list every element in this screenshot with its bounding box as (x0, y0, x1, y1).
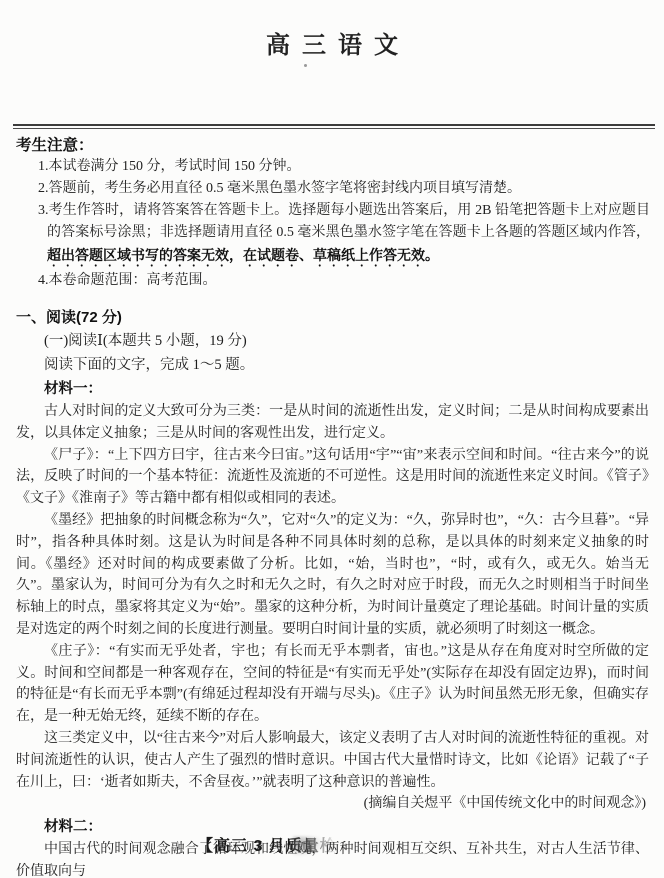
exam-paper-page: 高三语文 考生注意： 1.本试卷满分 150 分，考试时间 150 分钟。 2.… (0, 0, 664, 878)
notice-heading: 考生注意： (16, 136, 650, 156)
notice-section: 考生注意： 1.本试卷满分 150 分，考试时间 150 分钟。 2.答题前，考… (16, 136, 650, 292)
material-2-label: 材料二： (44, 815, 650, 839)
notice-item-3-emphasized-text: 超出答题区域书写的答案无效，在试题卷、草稿纸上作答无效。 (47, 247, 439, 263)
notice-item-3-text: 3.考生作答时，请将答案答在答题卡上。选择题每小题选出答案后，用 2B 铅笔把答… (38, 203, 650, 240)
notice-item-2: 2.答题前，考生务必用直径 0.5 毫米黑色墨水签字笔将密封线内项目填写清楚。 (16, 178, 650, 200)
header-divider (13, 124, 655, 129)
notice-item-3: 3.考生作答时，请将答案答在答题卡上。选择题每小题选出答案后，用 2B 铅笔把答… (16, 200, 650, 270)
scan-speck (304, 64, 307, 67)
section-heading-reading: 一、阅读(72 分) (16, 307, 650, 329)
part-heading-reading-1: (一)阅读Ⅰ(本题共 5 小题，19 分) (44, 329, 650, 353)
material-1-paragraph: 《尸子》：“上下四方曰宇，往古来今曰宙。”这句话用“宇”“宙”来表示空间和时间。… (16, 445, 649, 510)
notice-item-4: 4.本卷命题范围：高考范围。 (16, 270, 650, 292)
scan-smudge (293, 836, 323, 856)
page-title: 高三语文 (0, 0, 664, 60)
reading-instruction: 阅读下面的文字，完成 1～5 题。 (44, 353, 650, 377)
material-1-paragraph: 这三类定义中，以“往古来今”对后人影响最大，该定义表明了古人对时间的流逝性特征的… (16, 728, 649, 793)
notice-item-1: 1.本试卷满分 150 分，考试时间 150 分钟。 (16, 156, 650, 178)
material-1-paragraph: 古人对时间的定义大致可分为三类：一是从时间的流逝性出发，定义时间；二是从时间构成… (16, 401, 649, 445)
material-1-paragraph: 《墨经》把抽象的时间概念称为“久”，它对“久”的定义为：“久，弥异时也”，“久：… (16, 510, 649, 641)
material-1-label: 材料一： (44, 377, 650, 401)
material-1-paragraph: 《庄子》：“有实而无乎处者，宇也；有长而无乎本剽者，宙也。”这是从存在角度对时空… (16, 641, 649, 728)
material-1-attribution: (摘编自关煜平《中国传统文化中的时间观念》) (16, 793, 646, 815)
